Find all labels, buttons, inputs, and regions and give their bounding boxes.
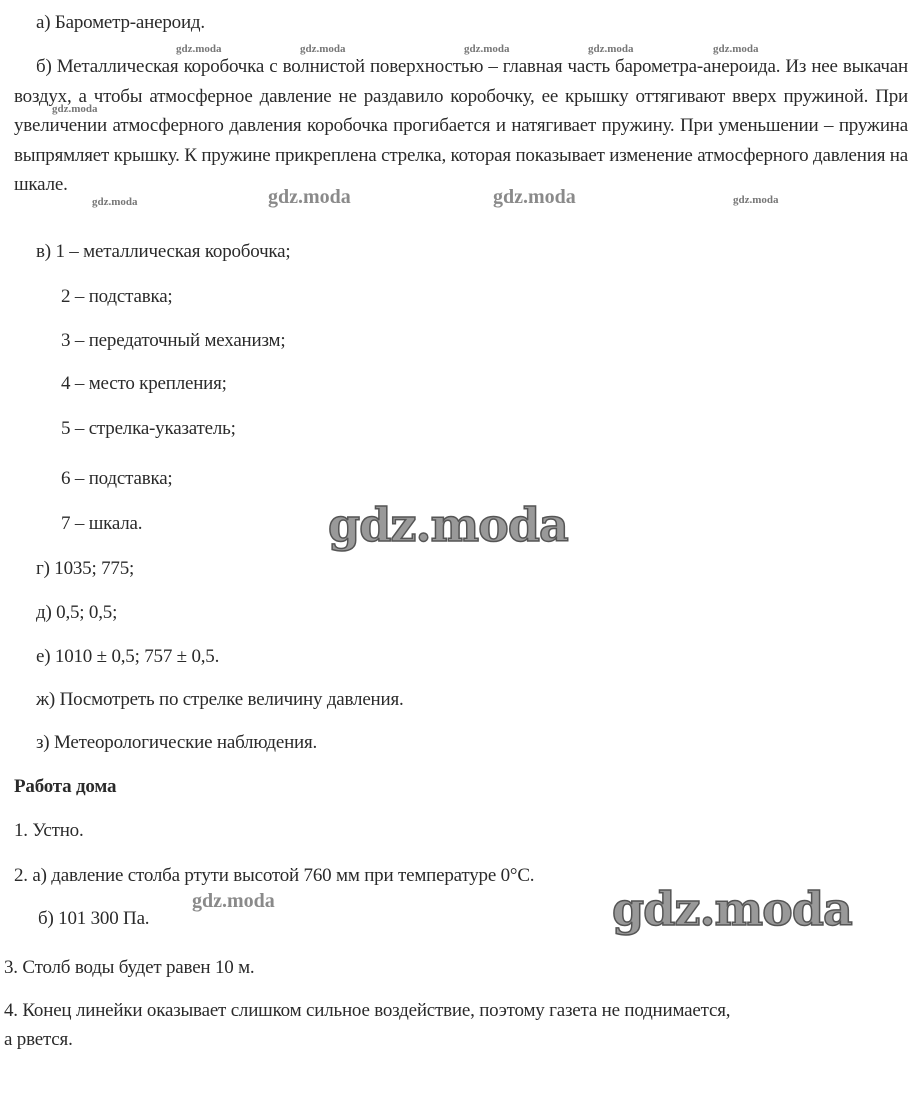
- homework-4-line-2: а рвется.: [4, 1029, 73, 1051]
- answer-v-item-6: 6 – подставка;: [61, 468, 173, 490]
- answer-b: б) Металлическая коробочка с волнистой п…: [14, 52, 908, 200]
- watermark: gdz.moda: [588, 43, 634, 55]
- answer-z: з) Метеорологические наблюдения.: [36, 732, 317, 754]
- watermark: gdz.moda: [300, 43, 346, 55]
- watermark: gdz.moda: [328, 498, 568, 552]
- watermark: gdz.moda: [464, 43, 510, 55]
- homework-heading: Работа дома: [14, 776, 116, 798]
- answer-zh: ж) Посмотреть по стрелке величину давлен…: [36, 689, 404, 711]
- homework-4-line-1: 4. Конец линейки оказывает слишком сильн…: [4, 1000, 730, 1022]
- watermark: gdz.moda: [493, 186, 576, 209]
- watermark: gdz.moda: [52, 103, 98, 115]
- homework-2b: б) 101 300 Па.: [38, 908, 149, 930]
- watermark: gdz.moda: [92, 196, 138, 208]
- watermark: gdz.moda: [612, 882, 852, 936]
- answer-v-item-2: 2 – подставка;: [61, 286, 173, 308]
- answer-g: г) 1035; 775;: [36, 558, 134, 580]
- answer-v-item-5: 5 – стрелка-указатель;: [61, 418, 236, 440]
- answer-v-item-7: 7 – шкала.: [61, 513, 142, 535]
- watermark: gdz.moda: [176, 43, 222, 55]
- homework-2a: 2. а) давление столба ртути высотой 760 …: [14, 865, 534, 887]
- watermark: gdz.moda: [192, 890, 275, 913]
- homework-3: 3. Столб воды будет равен 10 м.: [4, 957, 254, 979]
- watermark: gdz.moda: [268, 186, 351, 209]
- answer-v-item-4: 4 – место крепления;: [61, 373, 227, 395]
- answer-a: а) Барометр-анероид.: [36, 12, 205, 34]
- answer-v-item-3: 3 – передаточный механизм;: [61, 330, 285, 352]
- answer-v-item-1: в) 1 – металлическая коробочка;: [36, 241, 290, 263]
- answer-d: д) 0,5; 0,5;: [36, 602, 117, 624]
- homework-1: 1. Устно.: [14, 820, 84, 842]
- watermark: gdz.moda: [733, 194, 779, 206]
- watermark: gdz.moda: [713, 43, 759, 55]
- answer-e: е) 1010 ± 0,5; 757 ± 0,5.: [36, 646, 219, 668]
